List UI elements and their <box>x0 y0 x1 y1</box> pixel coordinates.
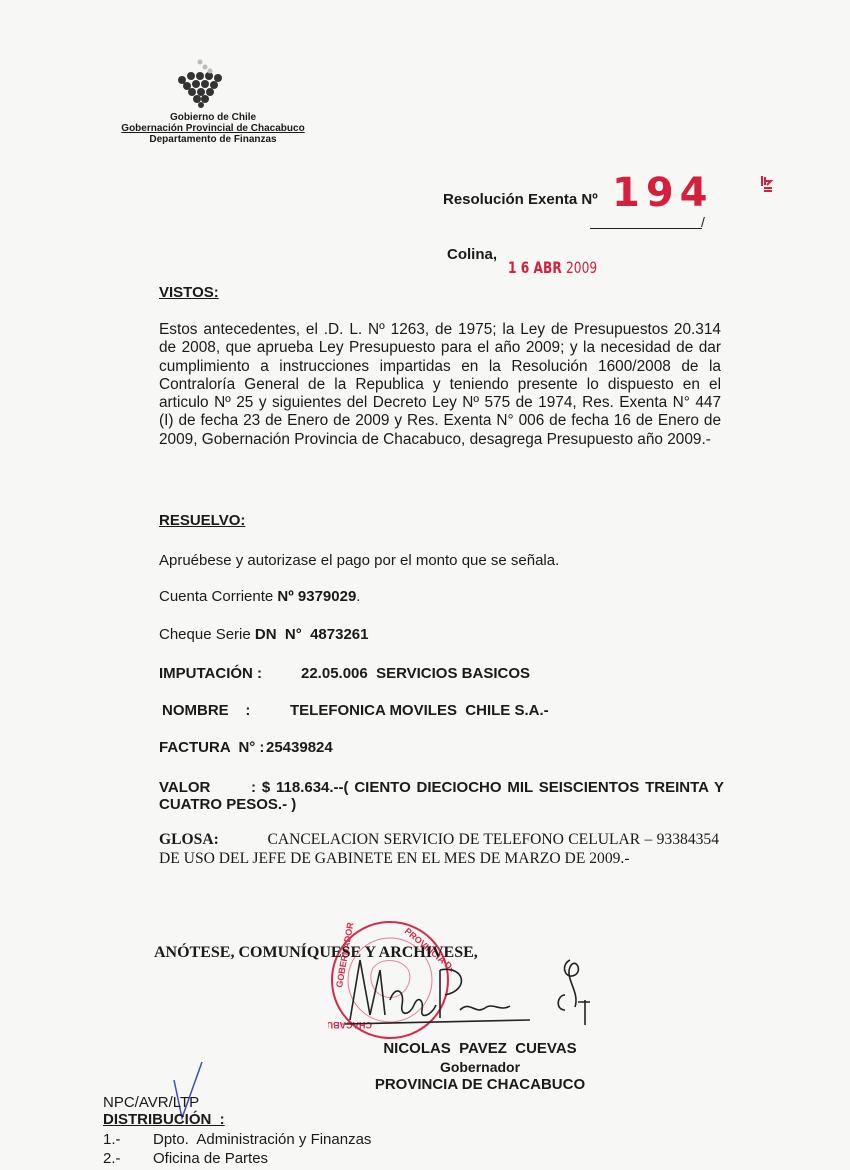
signer-name: NICOLAS PAVEZ CUEVAS <box>330 1040 630 1058</box>
valor-row: VALOR : $ 118.634.--( CIENTO DIECIOCHO M… <box>159 779 724 813</box>
nombre-row: NOMBRE :TELEFONICA MOVILES CHILE S.A.- <box>162 702 549 719</box>
resolution-slash: / <box>701 214 705 230</box>
letterhead-governorate: Gobernación Provincial de Chacabuco <box>108 123 318 134</box>
imputacion-value: 22.05.006 SERVICIOS BASICOS <box>301 665 530 682</box>
letterhead-government: Gobierno de Chile <box>108 112 318 123</box>
factura-value: 25439824 <box>266 739 333 756</box>
vistos-paragraph: Estos antecedentes, el .D. L. Nº 1263, d… <box>159 321 721 449</box>
cuenta-corriente: Cuenta Corriente Nº 9379029. <box>159 588 360 605</box>
date-year: 2009 <box>566 258 597 277</box>
signer-title: Gobernador <box>330 1058 630 1076</box>
distribution-item: 1.-Dpto. Administración y Finanzas <box>103 1131 371 1148</box>
reference-initials: NPC/AVR/LTP <box>103 1094 199 1111</box>
distribution-item-text: Dpto. Administración y Finanzas <box>153 1131 371 1148</box>
place-label: Colina, <box>447 246 497 263</box>
cheque-value: DN N° 4873261 <box>255 626 369 643</box>
approval-text: Apruébese y autorizase el pago por el mo… <box>159 552 559 569</box>
gobierno-de-chile-logo-icon <box>172 58 232 108</box>
glosa-block: GLOSA: CANCELACION SERVICIO DE TELEFONO … <box>159 831 719 868</box>
signer-office: PROVINCIA DE CHACABUCO <box>330 1076 630 1094</box>
vistos-heading: VISTOS: <box>159 284 219 301</box>
distribution-item-number: 1.- <box>103 1131 153 1148</box>
distribution-item-number: 2.- <box>103 1150 153 1167</box>
imputacion-row: IMPUTACIÓN :22.05.006 SERVICIOS BASICOS <box>159 665 530 682</box>
signer-block: NICOLAS PAVEZ CUEVAS Gobernador PROVINCI… <box>330 1040 630 1094</box>
nombre-value: TELEFONICA MOVILES CHILE S.A.- <box>290 702 549 719</box>
distribution-heading: DISTRIBUCIÓN : <box>103 1111 225 1128</box>
factura-label: FACTURA N° : <box>159 739 266 756</box>
glosa-text: CANCELACION SERVICIO DE TELEFONO CELULAR… <box>159 831 719 867</box>
red-ink-mark-icon <box>760 174 774 194</box>
valor-label: VALOR : <box>159 779 256 796</box>
distribution-item-text: Oficina de Partes <box>153 1150 268 1167</box>
resolution-underline <box>590 228 702 229</box>
imputacion-label: IMPUTACIÓN : <box>159 665 301 682</box>
date-stamp: 1 6 ABR 2009 <box>508 258 597 277</box>
factura-row: FACTURA N° :25439824 <box>159 739 333 756</box>
resuelvo-heading: RESUELVO: <box>159 512 245 529</box>
cuenta-label: Cuenta Corriente <box>159 588 277 605</box>
letterhead: Gobierno de Chile Gobernación Provincial… <box>108 112 318 145</box>
resolution-label: Resolución Exenta Nº <box>443 191 598 208</box>
cheque-serie: Cheque Serie DN N° 4873261 <box>159 626 368 643</box>
distribution-item: 2.-Oficina de Partes <box>103 1150 268 1167</box>
letterhead-department: Departamento de Finanzas <box>108 134 318 145</box>
cuenta-suffix: . <box>356 588 360 605</box>
cheque-label: Cheque Serie <box>159 626 255 643</box>
date-day-month: 1 6 ABR <box>508 258 562 277</box>
cuenta-value: Nº 9379029 <box>277 588 356 605</box>
resolution-number-stamp: 194 <box>612 170 714 216</box>
nombre-label: NOMBRE : <box>162 702 290 719</box>
handwritten-signature-icon <box>340 940 620 1040</box>
glosa-label: GLOSA: <box>159 831 219 848</box>
